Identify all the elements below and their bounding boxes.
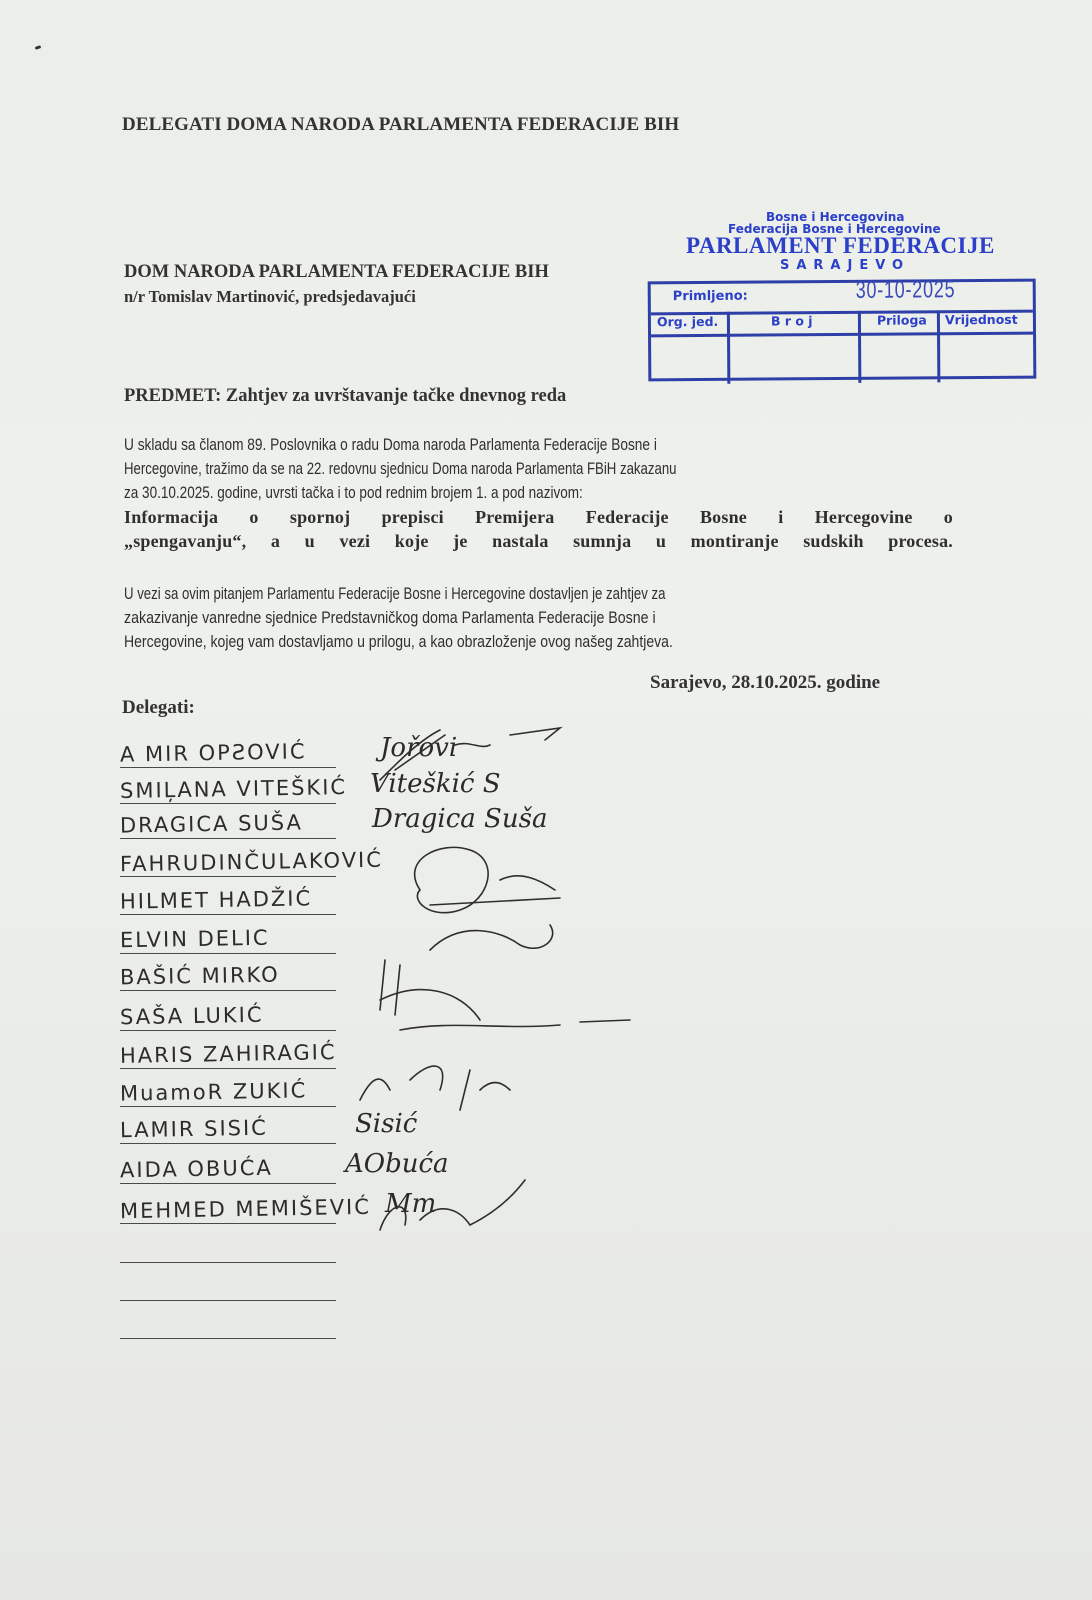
signature-scribbles xyxy=(0,0,1092,1600)
document-page: DELEGATI DOMA NARODA PARLAMENTA FEDERACI… xyxy=(0,0,1092,1600)
